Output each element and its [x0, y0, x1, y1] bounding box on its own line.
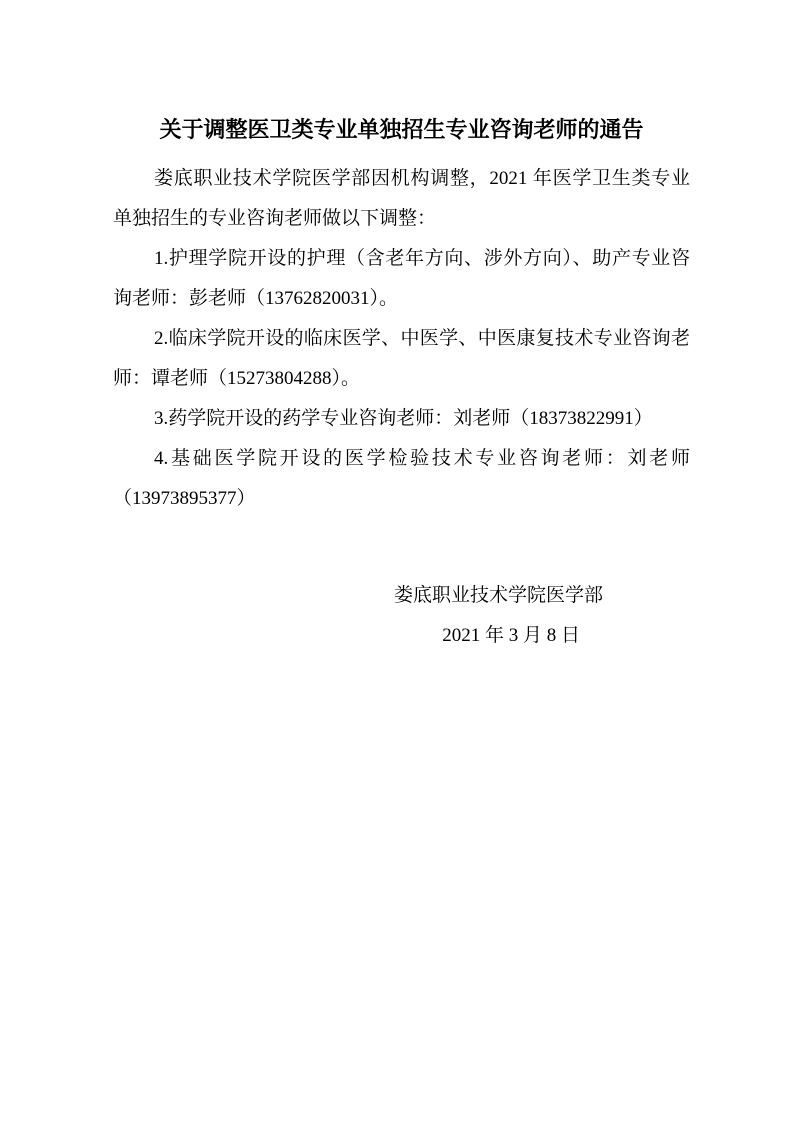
item-1-line-1: 1.护理学院开设的护理（含老年方向、涉外方向）、助产专业咨 — [113, 239, 690, 279]
item-2-line-2: 师：谭老师（15273804288）。 — [113, 359, 690, 399]
notice-document-page: 关于调整医卫类专业单独招生专业咨询老师的通告 娄底职业技术学院医学部因机构调整，… — [0, 0, 793, 1122]
notice-title: 关于调整医卫类专业单独招生专业咨询老师的通告 — [113, 115, 690, 145]
intro-line-2: 单独招生的专业咨询老师做以下调整： — [113, 199, 690, 239]
signature-department: 娄底职业技术学院医学部 — [113, 576, 690, 616]
notice-body: 娄底职业技术学院医学部因机构调整，2021 年医学卫生类专业 单独招生的专业咨询… — [113, 159, 690, 519]
signature-date: 2021 年 3 月 8 日 — [113, 616, 690, 656]
item-2-line-1: 2.临床学院开设的临床医学、中医学、中医康复技术专业咨询老 — [113, 319, 690, 359]
item-4-line-1: 4.基础医学院开设的医学检验技术专业咨询老师：刘老师 — [113, 439, 690, 479]
item-1-line-2: 询老师：彭老师（13762820031）。 — [113, 279, 690, 319]
intro-line-1: 娄底职业技术学院医学部因机构调整，2021 年医学卫生类专业 — [113, 159, 690, 199]
item-3-line: 3.药学院开设的药学专业咨询老师：刘老师（18373822991） — [113, 399, 690, 439]
notice-closing: 娄底职业技术学院医学部 2021 年 3 月 8 日 — [113, 576, 690, 656]
item-4-line-2: （13973895377） — [113, 479, 690, 519]
